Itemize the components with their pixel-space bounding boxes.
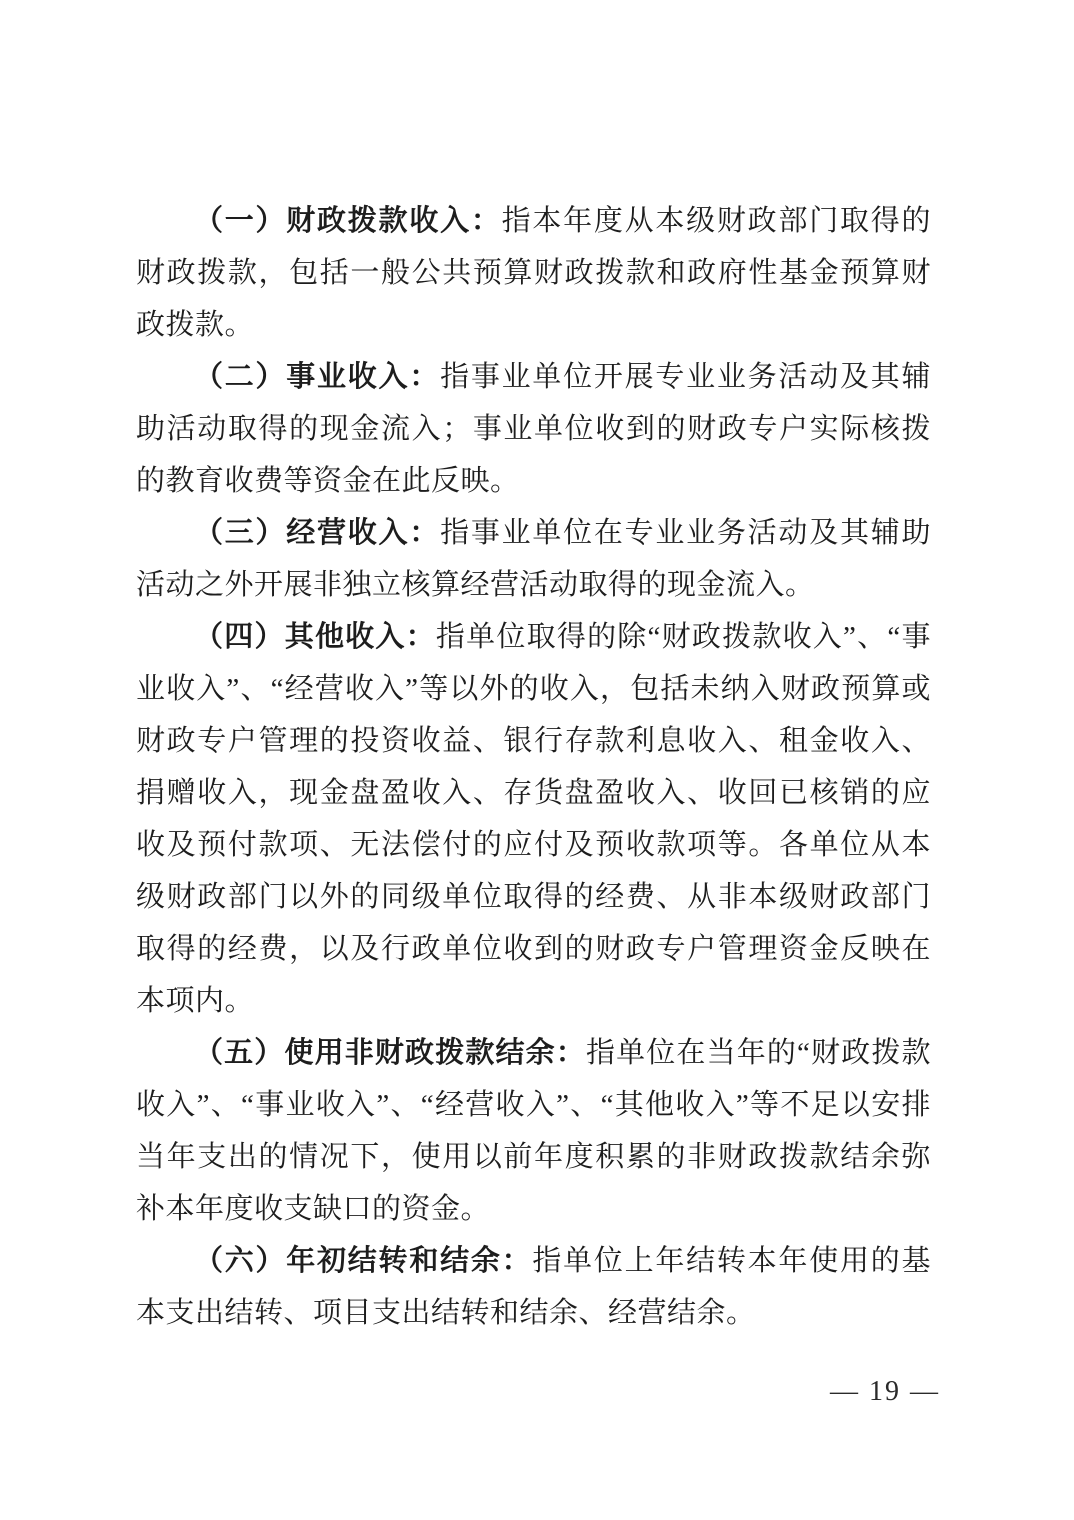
document-page: （一）财政拨款收入：指本年度从本级财政部门取得的财政拨款，包括一般公共预算财政拨…: [0, 0, 1074, 1520]
paragraph-carryover-balance: （六）年初结转和结余：指单位上年结转本年使用的基本支出结转、项目支出结转和结余、…: [136, 1235, 931, 1339]
paragraph-business-income: （三）经营收入：指事业单位在专业业务活动及其辅助活动之外开展非独立核算经营活动取…: [136, 507, 931, 611]
paragraph-body: 指单位取得的除“财政拨款收入”、“事业收入”、“经营收入”等以外的收入，包括未纳…: [136, 621, 931, 1017]
paragraph-heading: （五）使用非财政拨款结余：: [194, 1037, 586, 1069]
paragraph-heading: （六）年初结转和结余：: [194, 1245, 532, 1277]
paragraph-heading: （一）财政拨款收入：: [194, 205, 502, 237]
page-number: — 19 —: [830, 1376, 940, 1407]
paragraph-non-fiscal-surplus: （五）使用非财政拨款结余：指单位在当年的“财政拨款收入”、“事业收入”、“经营收…: [136, 1027, 931, 1235]
paragraph-heading: （三）经营收入：: [194, 517, 440, 549]
paragraph-heading: （二）事业收入：: [194, 361, 440, 393]
paragraph-operational-income: （二）事业收入：指事业单位开展专业业务活动及其辅助活动取得的现金流入；事业单位收…: [136, 351, 931, 507]
paragraph-heading: （四）其他收入：: [194, 621, 436, 653]
paragraph-fiscal-appropriation-income: （一）财政拨款收入：指本年度从本级财政部门取得的财政拨款，包括一般公共预算财政拨…: [136, 195, 931, 351]
document-body: （一）财政拨款收入：指本年度从本级财政部门取得的财政拨款，包括一般公共预算财政拨…: [136, 195, 931, 1339]
page-footer: — 19 —: [830, 1372, 940, 1412]
paragraph-other-income: （四）其他收入：指单位取得的除“财政拨款收入”、“事业收入”、“经营收入”等以外…: [136, 611, 931, 1027]
